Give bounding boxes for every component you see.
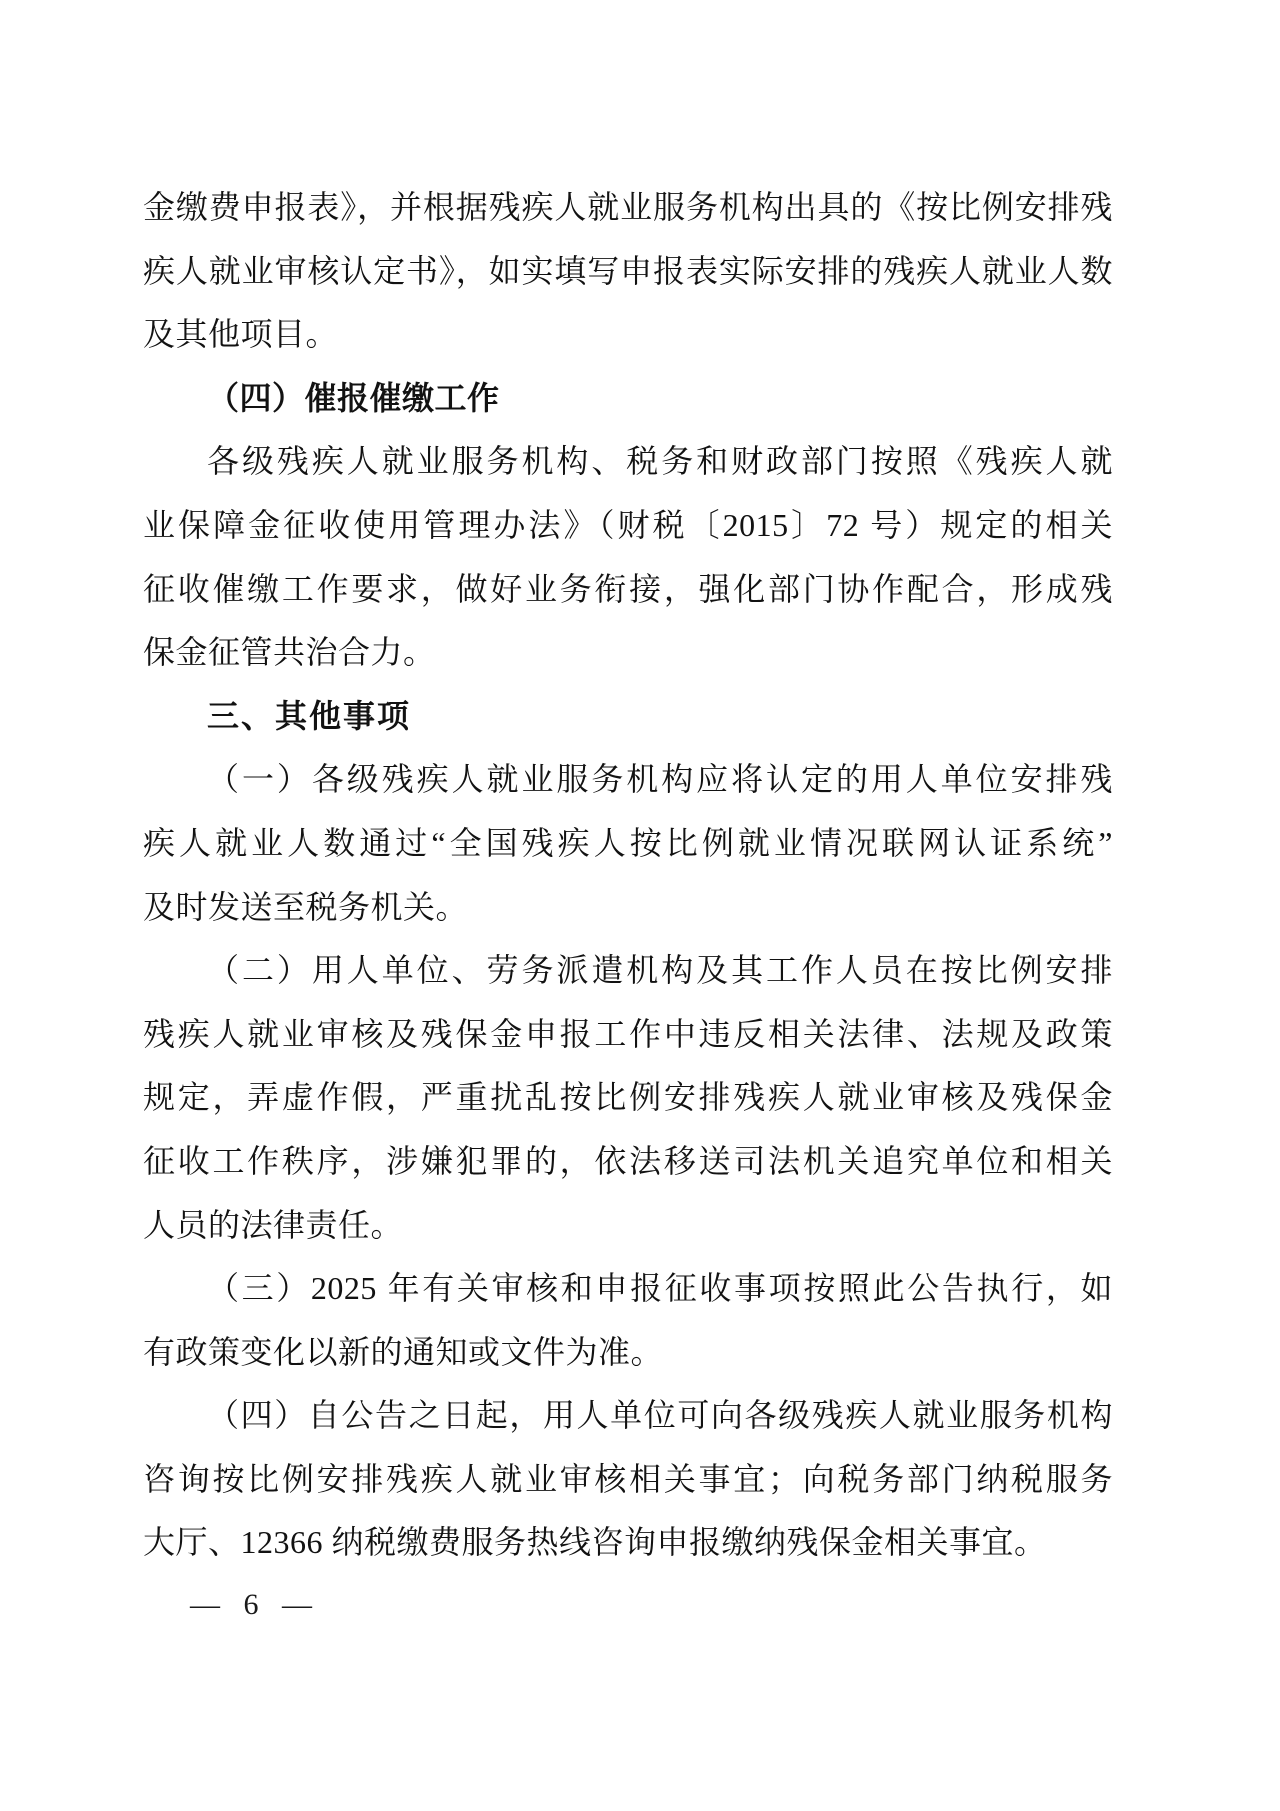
text-line: 有政策变化以新的通知或文件为准。 [143, 1321, 1113, 1385]
text-line: 业保障金征收使用管理办法》（财税〔2015〕72 号）规定的相关 [143, 494, 1113, 558]
text-line: 残疾人就业审核及残保金申报工作中违反相关法律、法规及政策 [143, 1003, 1113, 1067]
text-line: （三）2025 年有关审核和申报征收事项按照此公告执行，如 [143, 1257, 1113, 1321]
document-body: 金缴费申报表》，并根据残疾人就业服务机构出具的《按比例安排残疾人就业审核认定书》… [143, 176, 1113, 1575]
text-line: 疾人就业审核认定书》，如实填写申报表实际安排的残疾人就业人数 [143, 240, 1113, 304]
text-line: 金缴费申报表》，并根据残疾人就业服务机构出具的《按比例安排残 [143, 176, 1113, 240]
text-line: 疾人就业人数通过“全国残疾人按比例就业情况联网认证系统” [143, 812, 1113, 876]
text-line: （二）用人单位、劳务派遣机构及其工作人员在按比例安排 [143, 939, 1113, 1003]
text-line: 咨询按比例安排残疾人就业审核相关事宜；向税务部门纳税服务 [143, 1448, 1113, 1512]
text-line: （一）各级残疾人就业服务机构应将认定的用人单位安排残 [143, 748, 1113, 812]
text-line: 征收工作秩序，涉嫌犯罪的，依法移送司法机关追究单位和相关 [143, 1130, 1113, 1194]
text-line: 征收催缴工作要求，做好业务衔接，强化部门协作配合，形成残 [143, 558, 1113, 622]
text-line: 及时发送至税务机关。 [143, 876, 1113, 940]
text-line: 规定，弄虚作假，严重扰乱按比例安排残疾人就业审核及残保金 [143, 1066, 1113, 1130]
text-line: 及其他项目。 [143, 303, 1113, 367]
section-heading: 三、其他事项 [143, 685, 1113, 749]
text-line: 保金征管共治合力。 [143, 621, 1113, 685]
text-line: 人员的法律责任。 [143, 1194, 1113, 1258]
subsection-heading: （四）催报催缴工作 [143, 367, 1113, 431]
text-line: 大厅、12366 纳税缴费服务热线咨询申报缴纳残保金相关事宜。 [143, 1511, 1113, 1575]
page-number: — 6 — [190, 1584, 313, 1626]
text-line: 各级残疾人就业服务机构、税务和财政部门按照《残疾人就 [143, 430, 1113, 494]
text-line: （四）自公告之日起，用人单位可向各级残疾人就业服务机构 [143, 1384, 1113, 1448]
document-page: 金缴费申报表》，并根据残疾人就业服务机构出具的《按比例安排残疾人就业审核认定书》… [0, 0, 1280, 1811]
